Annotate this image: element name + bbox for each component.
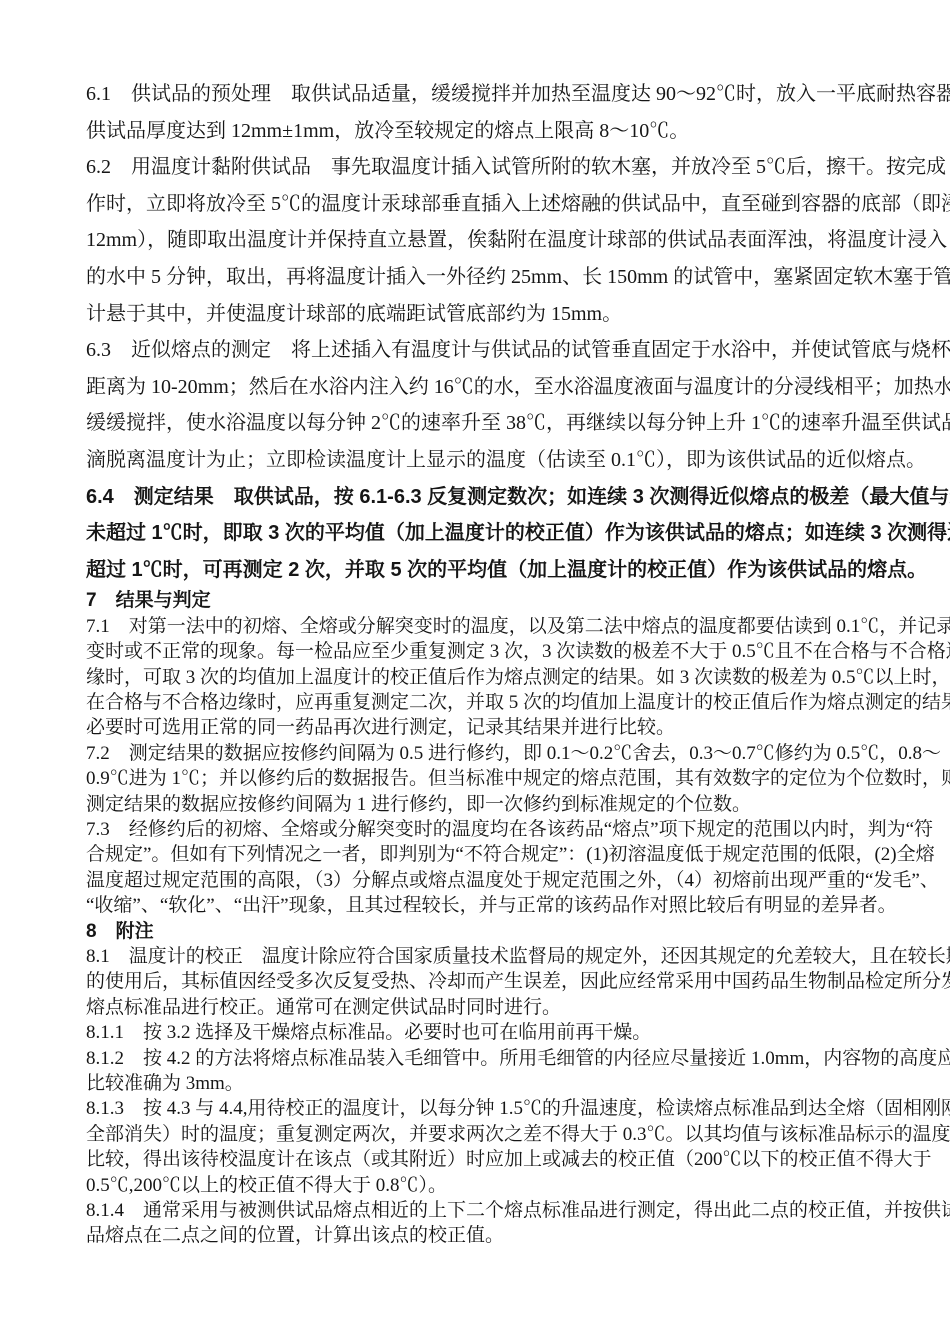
text-line: 温度超过规定范围的高限，（3）分解点或熔点温度处于规定范围之外，（4）初熔前出现… — [86, 868, 870, 893]
document-content: 6.1 供试品的预处理 取供试品适量，缓缓搅拌并加热至温度达 90～92℃时，放… — [86, 76, 870, 1249]
text-line: 0.9℃进为 1℃；并以修约后的数据报告。但当标准中规定的熔点范围，其有效数字的… — [86, 766, 870, 791]
bold-text-line: 超过 1℃时，可再测定 2 次，并取 5 次的平均值（加上温度计的校正值）作为该… — [86, 552, 870, 589]
text-line: 的水中 5 分钟，取出，再将温度计插入一外径约 25mm、长 150mm 的试管… — [86, 259, 870, 296]
text-block-section-6: 6.1 供试品的预处理 取供试品适量，缓缓搅拌并加热至温度达 90～92℃时，放… — [86, 76, 870, 588]
text-line: 合规定”。但如有下列情况之一者，即判别为“不符合规定”：(1)初溶温度低于规定范… — [86, 842, 870, 867]
text-line: 8.1 温度计的校正 温度计除应符合国家质量技术监督局的规定外，还因其规定的允差… — [86, 944, 870, 969]
text-line: 的使用后，其标值因经受多次反复受热、冷却而产生误差，因此应经常采用中国药品生物制… — [86, 969, 870, 994]
text-line: 比较，得出该待校温度计在该点（或其附近）时应加上或减去的校正值（200℃以下的校… — [86, 1147, 870, 1172]
text-line: 缓缓搅拌，使水浴温度以每分钟 2℃的速率升至 38℃，再继续以每分钟上升 1℃的… — [86, 405, 870, 442]
bold-text-line: 未超过 1℃时，即取 3 次的平均值（加上温度计的校正值）作为该供试品的熔点；如… — [86, 515, 870, 552]
text-line: 作时，立即将放冷至 5℃的温度计汞球部垂直插入上述熔融的供试品中，直至碰到容器的… — [86, 186, 870, 223]
text-line: 熔点标准品进行校正。通常可在测定供试品时同时进行。 — [86, 995, 870, 1020]
text-line: 供试品厚度达到 12mm±1mm，放冷至较规定的熔点上限高 8～10℃。 — [86, 113, 870, 150]
text-line: 8.1.1 按 3.2 选择及干燥熔点标准品。必要时也可在临用前再干燥。 — [86, 1020, 870, 1045]
text-line: 计悬于其中，并使温度计球部的底端距试管底部约为 15mm。 — [86, 296, 870, 333]
document-page: 6.1 供试品的预处理 取供试品适量，缓缓搅拌并加热至温度达 90～92℃时，放… — [0, 0, 950, 1344]
text-line: 8.1.3 按 4.3 与 4.4,用待校正的温度计，以每分钟 1.5℃的升温速… — [86, 1096, 870, 1121]
text-line: 比较准确为 3mm。 — [86, 1071, 870, 1096]
text-line: 滴脱离温度计为止；立即检读温度计上显示的温度（估读至 0.1℃），即为该供试品的… — [86, 442, 870, 479]
bold-text-line: 6.4 测定结果 取供试品，按 6.1-6.3 反复测定数次；如连续 3 次测得… — [86, 479, 870, 516]
text-line: 8.1.4 通常采用与被测供试品熔点相近的上下二个熔点标准品进行测定，得出此二点… — [86, 1198, 870, 1223]
text-block-section-7-8: 7 结果与判定7.1 对第一法中的初熔、全熔或分解突变时的温度，以及第二法中熔点… — [86, 588, 870, 1249]
text-line: 6.1 供试品的预处理 取供试品适量，缓缓搅拌并加热至温度达 90～92℃时，放… — [86, 76, 870, 113]
text-line: 变时或不正常的现象。每一检品应至少重复测定 3 次，3 次读数的极差不大于 0.… — [86, 639, 870, 664]
text-line: 必要时可选用正常的同一药品再次进行测定，记录其结果并进行比较。 — [86, 715, 870, 740]
text-line: 8.1.2 按 4.2 的方法将熔点标准品装入毛细管中。所用毛细管的内径应尽量接… — [86, 1046, 870, 1071]
text-line: 品熔点在二点之间的位置，计算出该点的校正值。 — [86, 1223, 870, 1248]
text-line: 缘时，可取 3 次的均值加上温度计的校正值后作为熔点测定的结果。如 3 次读数的… — [86, 665, 870, 690]
text-line: 全部消失）时的温度；重复测定两次，并要求两次之差不得大于 0.3℃。以其均值与该… — [86, 1122, 870, 1147]
text-line: 在合格与不合格边缘时，应再重复测定二次，并取 5 次的均值加上温度计的校正值后作… — [86, 690, 870, 715]
text-line: 12mm），随即取出温度计并保持直立悬置，俟黏附在温度计球部的供试品表面浑浊，将… — [86, 222, 870, 259]
text-line: 6.2 用温度计黏附供试品 事先取温度计插入试管所附的软木塞，并放冷至 5℃后，… — [86, 149, 870, 186]
text-line: 6.3 近似熔点的测定 将上述插入有温度计与供试品的试管垂直固定于水浴中，并使试… — [86, 332, 870, 369]
text-line: 测定结果的数据应按修约间隔为 1 进行修约，即一次修约到标准规定的个位数。 — [86, 792, 870, 817]
bold-text-line: 8 附注 — [86, 919, 870, 944]
text-line: 7.1 对第一法中的初熔、全熔或分解突变时的温度，以及第二法中熔点的温度都要估读… — [86, 614, 870, 639]
text-line: “收缩”、“软化”、“出汗”现象，且其过程较长，并与正常的该药品作对照比较后有明… — [86, 893, 870, 918]
bold-text-line: 7 结果与判定 — [86, 588, 870, 613]
text-line: 距离为 10-20mm；然后在水浴内注入约 16℃的水，至水浴温度液面与温度计的… — [86, 369, 870, 406]
text-line: 0.5℃,200℃以上的校正值不得大于 0.8℃）。 — [86, 1173, 870, 1198]
text-line: 7.2 测定结果的数据应按修约间隔为 0.5 进行修约，即 0.1～0.2℃舍去… — [86, 741, 870, 766]
text-line: 7.3 经修约后的初熔、全熔或分解突变时的温度均在各该药品“熔点”项下规定的范围… — [86, 817, 870, 842]
